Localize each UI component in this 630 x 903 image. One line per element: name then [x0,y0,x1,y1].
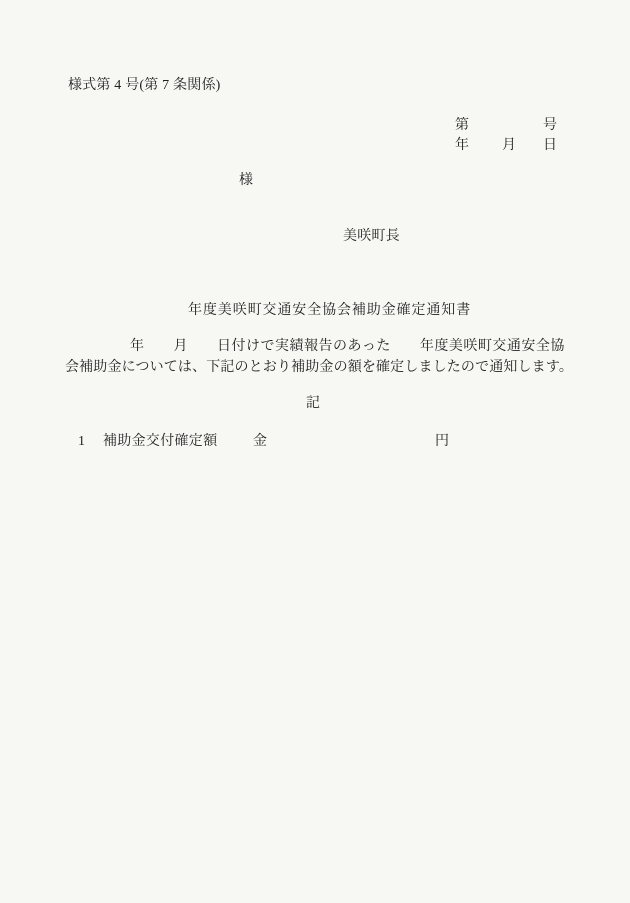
item-number: 1 [78,435,85,449]
document-title: 年度美咲町交通安全協会補助金確定通知書 [188,304,471,318]
body-paragraph-line-2: 会補助金については、下記のとおり補助金の額を確定しましたので通知します。 [65,361,573,375]
item-currency-suffix: 円 [435,435,449,449]
document-page: 様式第 4 号(第 7 条関係) 第 号 年 月 日 様 美咲町長 年度美咲町交… [0,0,630,903]
item-currency-prefix: 金 [253,435,267,449]
date-month-label: 月 [502,139,516,153]
recipient-honorific: 様 [239,174,253,188]
form-number-label: 様式第 4 号(第 7 条関係) [68,79,221,93]
sender-title: 美咲町長 [343,230,400,244]
date-year-label: 年 [455,139,469,153]
record-marker: 記 [306,397,320,411]
doc-number-prefix: 第 [455,119,469,133]
doc-number-suffix: 号 [543,119,557,133]
body-paragraph-line-1: 年 月 日付けで実績報告のあった 年度美咲町交通安全協 [130,340,565,354]
date-day-label: 日 [543,139,557,153]
item-label: 補助金交付確定額 [103,435,217,449]
